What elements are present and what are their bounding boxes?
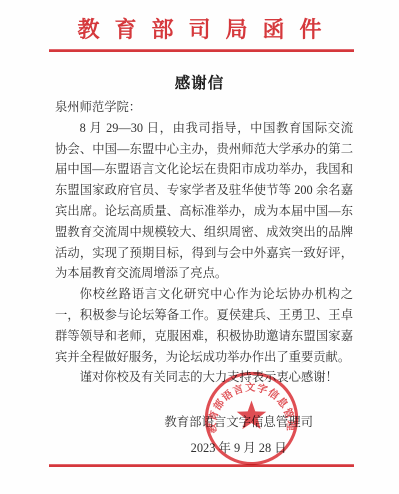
paragraph-2: 你校丝路语言文化研究中心作为论坛协办机构之一，积极参与论坛筹备工作。夏侯建兵、王… xyxy=(55,284,353,367)
signature-block: 教育部语言文字信息管理司 2023 年 9 月 28 日 xyxy=(164,409,313,461)
footer-rule xyxy=(49,464,354,467)
scanned-letter-page: 教育部司局函件 感谢信 泉州师范学院： 8 月 29—30 日，由我司指导，中国… xyxy=(0,0,399,494)
paragraph-3: 谨对你校及有关同志的大力支持表示衷心感谢！ xyxy=(55,367,353,388)
signature-date: 2023 年 9 月 28 日 xyxy=(164,435,313,461)
letterhead-divider-rule xyxy=(49,49,354,52)
signature-department: 教育部语言文字信息管理司 xyxy=(164,409,313,435)
letterhead-title: 教育部司局函件 xyxy=(0,13,399,44)
salutation: 泉州师范学院： xyxy=(55,97,353,118)
letterhead-title-text: 教育部司局函件 xyxy=(77,17,336,42)
letter-body: 泉州师范学院： 8 月 29—30 日，由我司指导，中国教育国际交流协会、中国—… xyxy=(55,97,353,388)
paragraph-1: 8 月 29—30 日，由我司指导，中国教育国际交流协会、中国—东盟中心主办，贵… xyxy=(55,118,353,284)
document-title: 感谢信 xyxy=(0,71,399,93)
